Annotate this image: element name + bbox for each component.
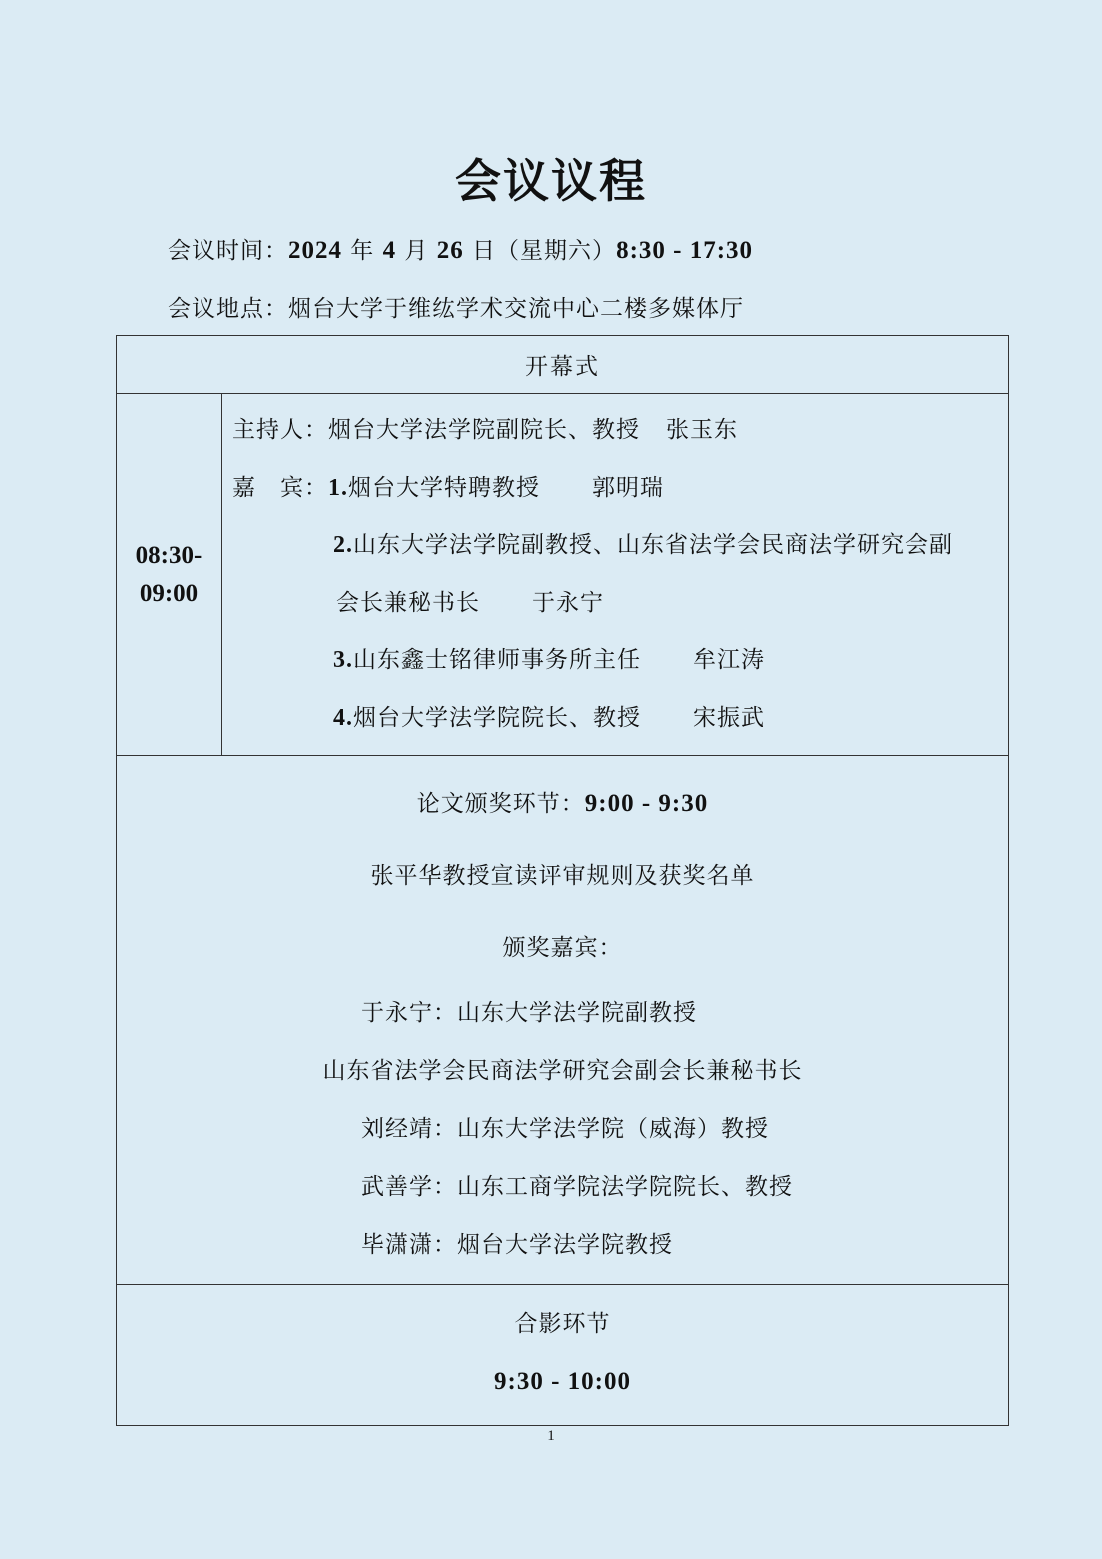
meeting-time-label: 会议时间： <box>168 238 288 264</box>
guest-number: 1. <box>328 475 348 501</box>
award-announcement: 张平华教授宣读评审规则及获奖名单 <box>117 840 1008 912</box>
guest-number: 4. <box>333 705 353 731</box>
opening-details: 主持人：烟台大学法学院副院长、教授张玉东 嘉 宾：1.烟台大学特聘教授郭明瑞 2… <box>222 394 1009 756</box>
presenter-item: 于永宁：山东大学法学院副教授 <box>117 984 1008 1042</box>
page-title: 会议议程 <box>0 145 1102 211</box>
page-number: 1 <box>0 1428 1102 1445</box>
opening-row: 08:30- 09:00 主持人：烟台大学法学院副院长、教授张玉东 嘉 宾：1.… <box>117 394 1009 756</box>
meeting-time: 会议时间：2024 年 4 月 26 日（星期六）8:30 - 17:30 <box>168 232 753 265</box>
meeting-location-label: 会议地点： <box>168 296 288 322</box>
presenter-item: 刘经靖：山东大学法学院（威海）教授 <box>117 1100 1008 1158</box>
guest-name: 于永宁 <box>532 590 604 616</box>
award-row: 论文颁奖环节：9:00 - 9:30 张平华教授宣读评审规则及获奖名单 颁奖嘉宾… <box>117 756 1009 1285</box>
guest-line-2: 2.山东大学法学院副教授、山东省法学会民商法学研究会副 <box>232 517 1008 575</box>
meeting-location: 会议地点：烟台大学于维纮学术交流中心二楼多媒体厅 <box>168 290 744 323</box>
guest-name: 郭明瑞 <box>592 475 664 501</box>
guest-title: 山东大学法学院副教授、山东省法学会民商法学研究会副 <box>353 532 953 558</box>
award-header-label: 论文颁奖环节： <box>417 791 585 817</box>
guest-name: 牟江涛 <box>693 647 765 673</box>
host-line: 主持人：烟台大学法学院副院长、教授张玉东 <box>232 402 1008 460</box>
guest-title: 山东鑫士铭律师事务所主任 <box>353 647 641 673</box>
opening-header: 开幕式 <box>117 336 1009 394</box>
photo-header: 合影环节 <box>117 1295 1008 1353</box>
presenter-item: 武善学：山东工商学院法学院院长、教授 <box>117 1158 1008 1216</box>
opening-header-row: 开幕式 <box>117 336 1009 394</box>
guest-line-4: 4.烟台大学法学院院长、教授宋振武 <box>232 690 1008 748</box>
guest-number: 3. <box>333 647 353 673</box>
meeting-year: 2024 <box>288 237 342 264</box>
guest-title-continued: 会长兼秘书长 <box>333 590 480 616</box>
guest-title: 烟台大学法学院院长、教授 <box>353 705 641 731</box>
meeting-month: 4 <box>383 237 397 264</box>
opening-time-start: 08:30- <box>117 537 221 575</box>
host-label: 主持人： <box>232 417 328 443</box>
opening-time: 08:30- 09:00 <box>117 394 222 756</box>
meeting-location-value: 烟台大学于维纮学术交流中心二楼多媒体厅 <box>288 296 744 322</box>
host-name: 张玉东 <box>666 417 738 443</box>
presenters-label: 颁奖嘉宾： <box>117 912 1008 984</box>
guest-name: 宋振武 <box>693 705 765 731</box>
opening-time-end: 09:00 <box>117 575 221 613</box>
photo-time: 9:30 - 10:00 <box>117 1353 1008 1411</box>
meeting-time-range: 8:30 - 17:30 <box>616 237 753 264</box>
presenter-item: 山东省法学会民商法学研究会副会长兼秘书长 <box>117 1042 1008 1100</box>
host-title: 烟台大学法学院副院长、教授 <box>328 417 640 443</box>
guest-line-2-cont: 会长兼秘书长于永宁 <box>232 575 1008 633</box>
day-unit: 日（星期六） <box>464 238 616 264</box>
guests-label: 嘉 宾： <box>232 475 328 501</box>
award-time: 9:00 - 9:30 <box>585 790 708 817</box>
meeting-day: 26 <box>437 237 464 264</box>
award-section: 论文颁奖环节：9:00 - 9:30 张平华教授宣读评审规则及获奖名单 颁奖嘉宾… <box>117 756 1009 1285</box>
guest-line-1: 嘉 宾：1.烟台大学特聘教授郭明瑞 <box>232 460 1008 518</box>
award-header: 论文颁奖环节：9:00 - 9:30 <box>117 768 1008 840</box>
guest-number: 2. <box>333 532 353 558</box>
year-unit: 年 <box>342 238 383 264</box>
guest-title: 烟台大学特聘教授 <box>348 475 540 501</box>
photo-section: 合影环节 9:30 - 10:00 <box>117 1285 1009 1426</box>
agenda-table: 开幕式 08:30- 09:00 主持人：烟台大学法学院副院长、教授张玉东 嘉 … <box>116 335 1009 1426</box>
guest-line-3: 3.山东鑫士铭律师事务所主任牟江涛 <box>232 632 1008 690</box>
photo-row: 合影环节 9:30 - 10:00 <box>117 1285 1009 1426</box>
month-unit: 月 <box>396 238 437 264</box>
presenter-item: 毕潇潇：烟台大学法学院教授 <box>117 1216 1008 1274</box>
